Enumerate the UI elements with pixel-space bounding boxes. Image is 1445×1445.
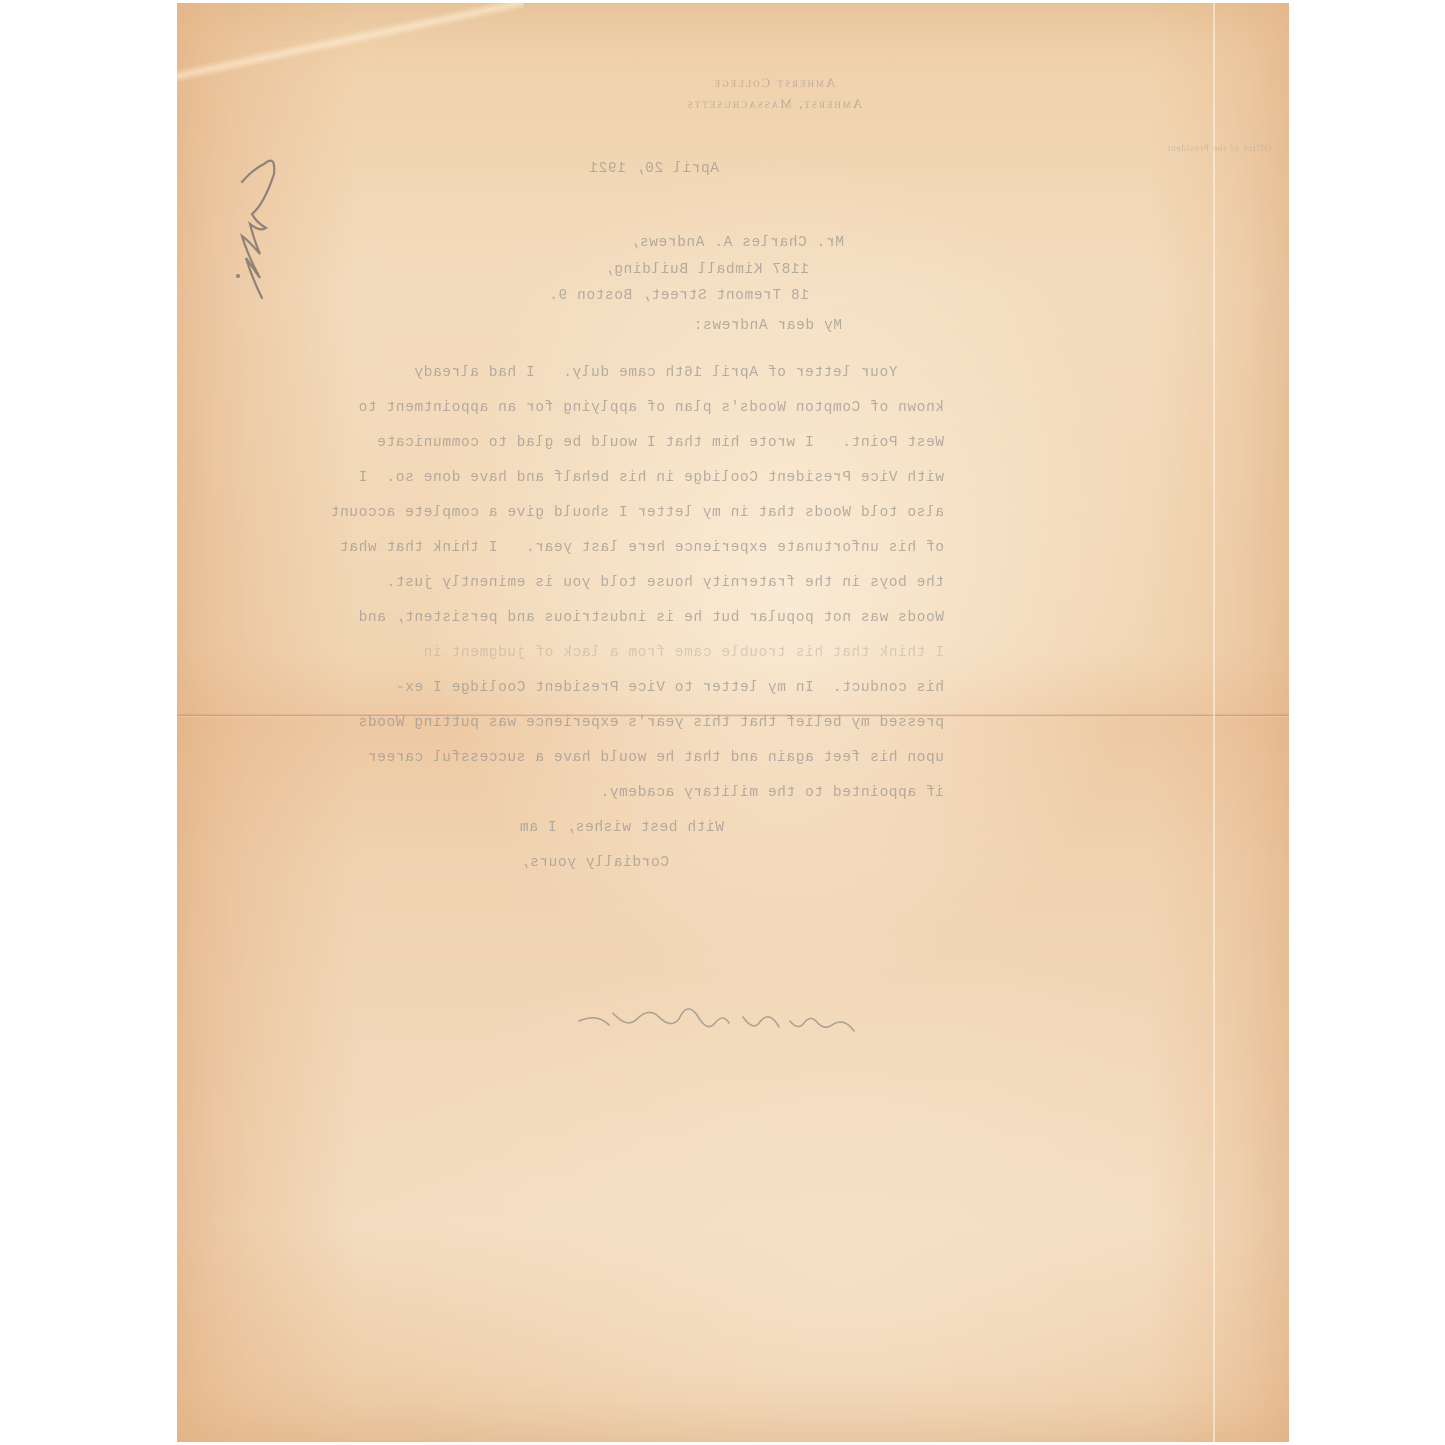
body-line: pressed my belief that this year's exper… bbox=[358, 715, 944, 731]
mirrored-typed-content: Amherst College Amherst, Massachusetts O… bbox=[177, 3, 1289, 1442]
letterhead-location: Amherst, Massachusetts bbox=[639, 96, 909, 112]
body-line: if appointed to the military academy. bbox=[600, 785, 944, 801]
salutation: My dear Andrews: bbox=[693, 318, 842, 334]
letterhead-college-name: Amherst College bbox=[664, 75, 884, 91]
body-line: also told Woods that in my letter I shou… bbox=[330, 505, 944, 521]
recipient-address-line1: 1187 Kimball Building, bbox=[604, 262, 809, 278]
body-line: West Point. I wrote him that I would be … bbox=[377, 435, 944, 451]
body-line: upon his feet again and that he would ha… bbox=[367, 750, 944, 766]
recipient-name: Mr. Charles A. Andrews, bbox=[630, 235, 844, 251]
body-line: Woods was not popular but he is industri… bbox=[358, 610, 944, 626]
letter-sheet: Amherst College Amherst, Massachusetts O… bbox=[177, 3, 1289, 1442]
recipient-address-line2: 18 Tremont Street, Boston 9. bbox=[549, 288, 809, 304]
pencil-margin-note bbox=[230, 128, 290, 308]
body-line: Your letter of April 16th came duly. I h… bbox=[414, 365, 944, 381]
body-line: I think that his trouble came from a lac… bbox=[423, 645, 944, 661]
signature bbox=[549, 1003, 859, 1043]
closing-line: With best wishes, I am bbox=[519, 820, 724, 836]
body-line: his conduct. In my letter to Vice Presid… bbox=[395, 680, 944, 696]
body-line: of his unfortunate experience here last … bbox=[339, 540, 944, 556]
body-line: with Vice President Coolidge in his beha… bbox=[358, 470, 944, 486]
body-line: the boys in the fraternity house told yo… bbox=[386, 575, 944, 591]
letterhead-office: Office of the President bbox=[1166, 143, 1271, 153]
body-line: known of Compton Woods's plan of applyin… bbox=[358, 400, 944, 416]
complimentary-close: Cordially yours, bbox=[520, 855, 669, 871]
letter-date: April 20, 1921 bbox=[589, 161, 719, 177]
